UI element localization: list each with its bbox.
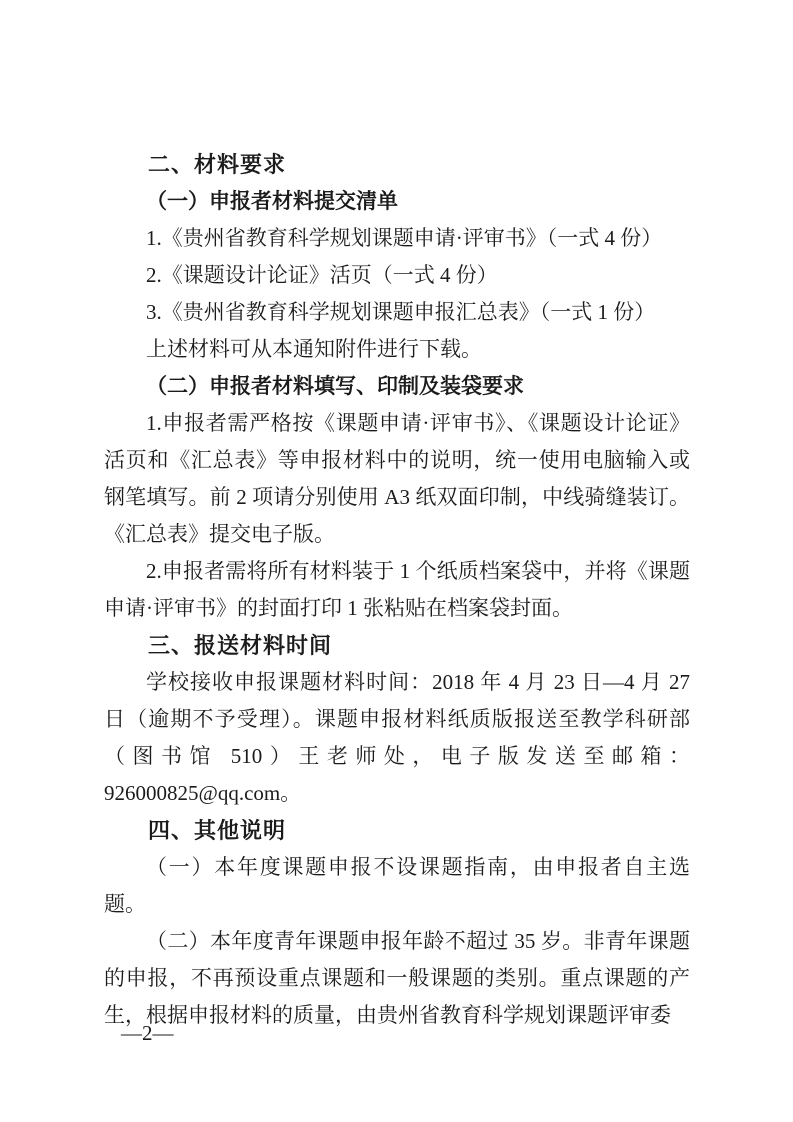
paragraph-note-topic-selection: （一）本年度课题申报不设课题指南，由申报者自主选题。 <box>104 849 690 923</box>
paragraph-note-age-limit: （二）本年度青年课题申报年龄不超过 35 岁。非青年课题的申报，不再预设重点课题… <box>104 923 690 1034</box>
document-body: 二、材料要求 （一）申报者材料提交清单 1.《贵州省教育科学规划课题申请·评审书… <box>104 146 690 1034</box>
section-heading-submission-time: 三、报送材料时间 <box>104 627 690 664</box>
subheading-filling-printing-bagging: （二）申报者材料填写、印制及装袋要求 <box>104 368 690 405</box>
paragraph-bagging-instructions: 2.申报者需将所有材料装于 1 个纸质档案袋中，并将《课题申请·评审书》的封面打… <box>104 553 690 627</box>
paragraph-submission-time-details: 学校接收申报课题材料时间：2018 年 4 月 23 日—4 月 27 日（逾期… <box>104 664 690 812</box>
subheading-submission-checklist: （一）申报者材料提交清单 <box>104 183 690 220</box>
list-item-summary-table: 3.《贵州省教育科学规划课题申报汇总表》（一式 1 份） <box>104 294 690 331</box>
paragraph-download-note: 上述材料可从本通知附件进行下载。 <box>104 331 690 368</box>
list-item-design-argumentation-sheet: 2.《课题设计论证》活页（一式 4 份） <box>104 257 690 294</box>
section-heading-materials-requirements: 二、材料要求 <box>104 146 690 183</box>
document-page: 二、材料要求 （一）申报者材料提交清单 1.《贵州省教育科学规划课题申请·评审书… <box>0 0 793 1122</box>
page-number: —2— <box>121 1021 174 1045</box>
section-heading-other-notes: 四、其他说明 <box>104 812 690 849</box>
list-item-application-review-form: 1.《贵州省教育科学规划课题申请·评审书》（一式 4 份） <box>104 220 690 257</box>
paragraph-filling-instructions: 1.申报者需严格按《课题申请·评审书》、《课题设计论证》活页和《汇总表》等申报材… <box>104 405 690 553</box>
